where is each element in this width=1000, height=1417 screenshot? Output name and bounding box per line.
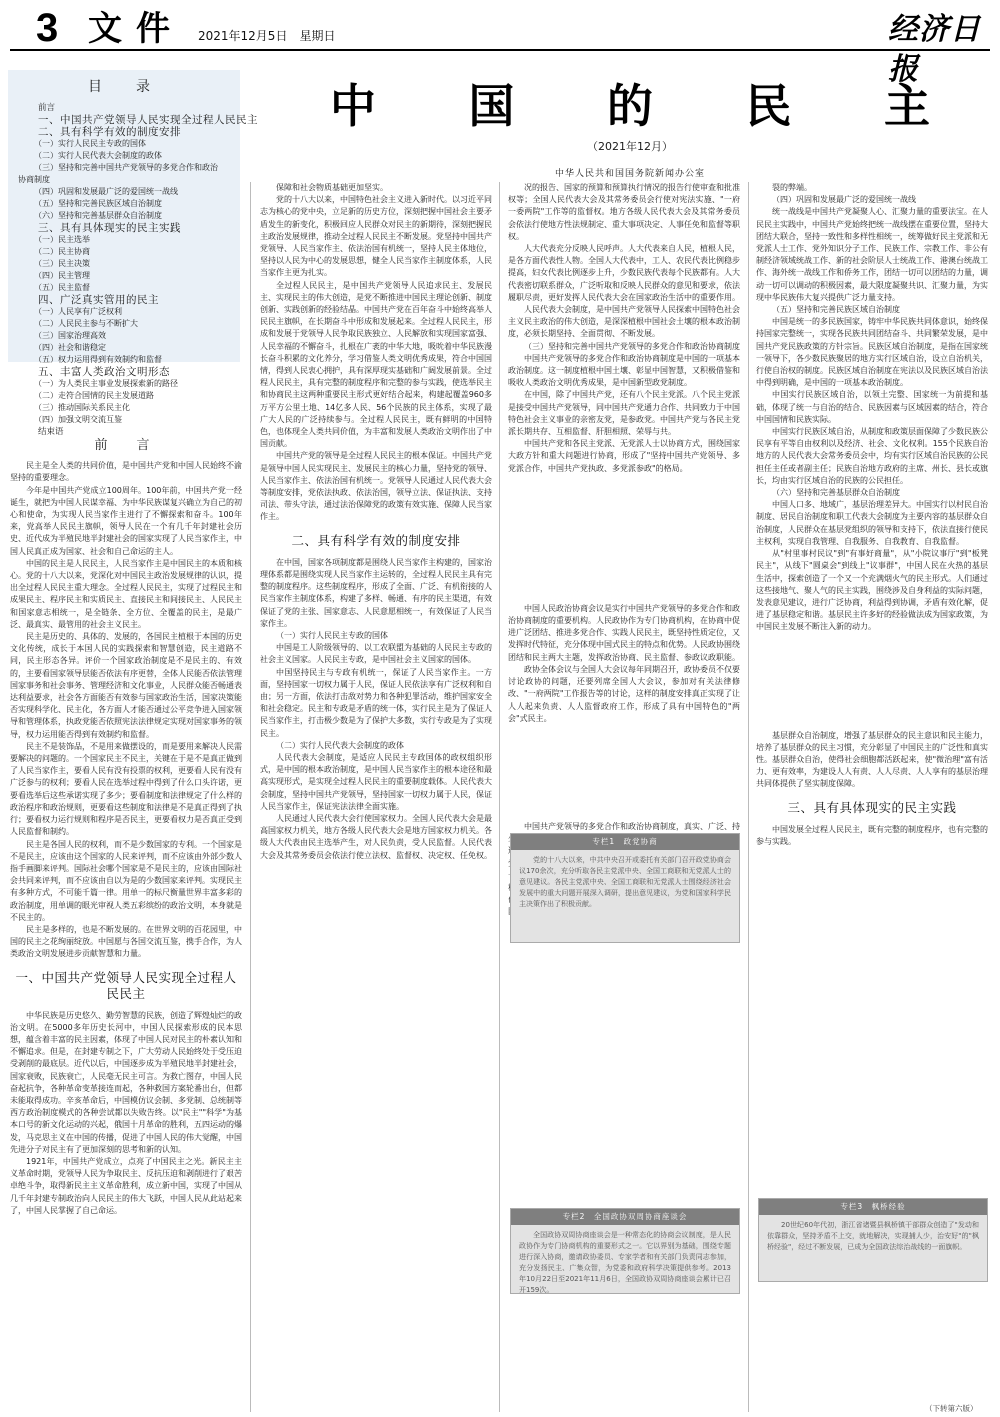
sidebar-box-biweekly-forum: 专栏2 全国政协双周协商座谈会 全国政协双周协商座谈会是一种常态化的协商会议制度…	[510, 1208, 740, 1294]
column-2-body-top: 保障和社会物质基础更加坚实。党的十八大以来，中国特色社会主义进入新时代。以习近平…	[260, 182, 492, 524]
toc-item: 协商制度	[8, 174, 240, 186]
subsection-4-body: 统一战线是中国共产党凝聚人心、汇聚力量的重要法宝。在人民民主实践中，中国共产党始…	[756, 206, 988, 304]
column-1: 前 言 民主是全人类的共同价值，是中国共产党和中国人民始终不渝坚持的重要理念。今…	[10, 432, 242, 1417]
subsection-heading: （四）巩固和发展最广泛的爱国统一战线	[756, 194, 988, 206]
paragraph: 人民代表大会制度，是适应人民民主专政国体的政权组织形式，是中国的根本政治制度，是…	[260, 752, 492, 813]
paragraph: 全过程人民民主，是中国共产党领导人民追求民主、发展民主、实现民主的伟大创造，是党…	[260, 280, 492, 451]
paragraph: 中国是统一的多民族国家，铸牢中华民族共同体意识，始终保持国家完整统一，实现各民族…	[756, 316, 988, 389]
subsection-heading: （六）坚持和完善基层群众自治制度	[756, 487, 988, 499]
sidebar-box-title: 专栏1 政党协商	[511, 834, 739, 850]
paragraph: 在中国，国家各项制度都是围绕人民当家作主构建的，国家治理体系都是围绕实现人民当家…	[260, 557, 492, 630]
subsection-1-body: 中国是工人阶级领导的、以工农联盟为基础的人民民主专政的社会主义国家。人民民主专政…	[260, 642, 492, 740]
paragraph: 中国人民政治协商会议是实行中国共产党领导的多党合作和政治协商制度的重要机构。人民…	[508, 603, 740, 664]
paragraph: 统一战线是中国共产党凝聚人心、汇聚力量的重要法宝。在人民民主实践中，中国共产党始…	[756, 206, 988, 304]
paragraph: 保障和社会物质基础更加坚实。	[260, 182, 492, 194]
sidebar-box-text: 20世纪60年代初，浙江省诸暨县枫桥镇干部群众创造了"发动和依靠群众，坚持矛盾不…	[759, 1215, 987, 1257]
title-char: 国	[469, 80, 515, 132]
column-4-body-top: 裂的弊端。	[756, 182, 988, 194]
article-date-line: （2021年12月）	[260, 138, 1000, 154]
sidebar-spacer	[508, 725, 740, 821]
paragraph: 从"村里事村民议"到"有事好商量"，从"小院议事厅"到"板凳民主"，从线下"圆桌…	[756, 548, 988, 633]
subsection-6-body: 中国人口多、地域广，基层治理差异大。中国实行以村民自治制度、居民自治制度和职工代…	[756, 499, 988, 633]
subsection-heading: （五）坚持和完善民族区域自治制度	[756, 304, 988, 316]
toc-item: 四、广泛真实管用的民主	[8, 294, 240, 306]
paragraph: 中国的民主是人民民主，人民当家作主是中国民主的本质和核心。党的十八大以来，党深化…	[10, 558, 242, 631]
paragraph: 人民代表大会制度，是中国共产党领导人民探索中国特色社会主义民主政治的伟大创造，是…	[508, 304, 740, 341]
sidebar-box-party-consultation: 专栏1 政党协商 党的十八大以来，中共中央召开或委托有关部门召开政党协商会议17…	[510, 833, 740, 943]
toc-item: 二、具有科学有效的制度安排	[8, 126, 240, 138]
column-3-body-top: 况的报告、国家的预算和预算执行情况的报告行使审查和批准权等；全国人民代表大会及其…	[508, 182, 740, 341]
toc-item: （一）为人类民主事业发展探索新的路径	[8, 378, 240, 390]
toc-item: （五）民主监督	[8, 282, 240, 294]
title-char: 民	[746, 80, 792, 132]
toc-item: （四）加强文明交流互鉴	[8, 414, 240, 426]
toc-item: （四）巩固和发展最广泛的爱国统一战线	[8, 186, 240, 198]
toc-item: （二）实行人民代表大会制度的政体	[8, 150, 240, 162]
section-1-body: 中华民族是历史悠久、勤劳智慧的民族，创造了辉煌灿烂的政治文明。在5000多年历史…	[10, 1010, 242, 1217]
toc-title: 目 录	[8, 76, 240, 96]
column-divider	[250, 182, 251, 1412]
masthead-divider	[10, 49, 990, 51]
toc-item: （三）国家治理高效	[8, 330, 240, 342]
masthead: 3 文件 2021年12月5日 星期日 经济日报	[0, 0, 1000, 50]
section-3-body: 中国发展全过程人民民主，既有完整的制度程序，也有完整的参与实践。	[756, 824, 988, 848]
toc-item: （三）民主决策	[8, 258, 240, 270]
paragraph: 人大代表充分反映人民呼声。人大代表来自人民，植根人民，是各方面代表性人物。全国人…	[508, 243, 740, 304]
section-2-body: 在中国，国家各项制度都是围绕人民当家作主构建的，国家治理体系都是围绕实现人民当家…	[260, 557, 492, 630]
toc-item: （一）人民享有广泛权利	[8, 306, 240, 318]
section-2-heading: 二、具有科学有效的制度安排	[260, 533, 492, 549]
title-char: 的	[607, 80, 653, 132]
article-title: 中 国 的 民 主	[330, 80, 930, 132]
paragraph: 况的报告、国家的预算和预算执行情况的报告行使审查和批准权等；全国人民代表大会及其…	[508, 182, 740, 243]
paragraph: 人民通过人民代表大会行使国家权力。全国人民代表大会是最高国家权力机关，地方各级人…	[260, 813, 492, 862]
subsection-2-body: 人民代表大会制度，是适应人民民主专政国体的政权组织形式，是中国的根本政治制度，是…	[260, 752, 492, 862]
paragraph: 中国坚持民主与专政有机统一，保证了人民当家作主。一方面，坚持国家一切权力属于人民…	[260, 667, 492, 740]
toc-item: （四）民主管理	[8, 270, 240, 282]
paragraph: 中国共产党的领导是全过程人民民主的根本保证。中国共产党是领导中国人民实现民主、发…	[260, 450, 492, 523]
column-2: 保障和社会物质基础更加坚实。党的十八大以来，中国特色社会主义进入新时代。以习近平…	[260, 182, 492, 1417]
paragraph: 民主是各国人民的权利，而不是少数国家的专利。一个国家是不是民主，应该由这个国家的…	[10, 839, 242, 924]
toc-item: （一）实行人民民主专政的国体	[8, 138, 240, 150]
toc-item: （二）走符合国情的民主发展道路	[8, 390, 240, 402]
paragraph: 民主是多样的，也是不断发展的。在世界文明的百花园里，中国的民主之花绚丽绽放。中国…	[10, 924, 242, 961]
publication-date: 2021年12月5日 星期日	[198, 27, 335, 44]
sidebar-box-text: 党的十八大以来，中共中央召开或委托有关部门召开政党协商会议170余次，充分听取各…	[511, 850, 739, 914]
paragraph: 政协全体会议与全国人大会议每年同期召开，政协委员不仅要讨论政协的问题，还要列席全…	[508, 664, 740, 725]
toc-item: （二）人民民主参与不断扩大	[8, 318, 240, 330]
paragraph: 中国人口多、地域广，基层治理差异大。中国实行以村民自治制度、居民自治制度和职工代…	[756, 499, 988, 548]
column-3-body-mid: 中国人民政治协商会议是实行中国共产党领导的多党合作和政治协商制度的重要机构。人民…	[508, 603, 740, 725]
paragraph: 中国发展全过程人民民主，既有完整的制度程序，也有完整的参与实践。	[756, 824, 988, 848]
column-4-body-bottom: 基层群众自治制度，增强了基层群众的民主意识和民主能力，培养了基层群众的民主习惯，…	[756, 730, 988, 791]
preface-body: 民主是全人类的共同价值，是中国共产党和中国人民始终不渝坚持的重要理念。今年是中国…	[10, 460, 242, 960]
paragraph: 党的十八大以来，中国特色社会主义进入新时代。以习近平同志为核心的党中央，立足新的…	[260, 194, 492, 279]
toc-item: 前言	[8, 102, 240, 114]
toc-item: （六）坚持和完善基层群众自治制度	[8, 210, 240, 222]
paragraph: 中国共产党领导的多党合作和政治协商制度是中国的一项基本政治制度。这一制度植根中国…	[508, 353, 740, 390]
title-char: 主	[884, 80, 930, 132]
toc-item: （二）民主协商	[8, 246, 240, 258]
toc-item: （五）权力运用得到有效制约和监督	[8, 354, 240, 366]
paragraph: 基层群众自治制度，增强了基层群众的民主意识和民主能力，培养了基层群众的民主习惯，…	[756, 730, 988, 791]
paragraph: 中华民族是历史悠久、勤劳智慧的民族，创造了辉煌灿烂的政治文明。在5000多年历史…	[10, 1010, 242, 1156]
page-number: 3	[36, 8, 58, 48]
sidebar-spacer	[756, 634, 988, 730]
section-name: 文件	[88, 10, 184, 48]
paragraph: 民主是历史的、具体的、发展的，各国民主植根于本国的历史文化传统，成长于本国人民的…	[10, 631, 242, 741]
subsection-heading: （三）坚持和完善中国共产党领导的多党合作和政治协商制度	[508, 341, 740, 353]
column-divider	[748, 182, 749, 1412]
section-3-heading: 三、具有具体现实的民主实践	[756, 800, 988, 816]
toc-item: （三）推动国际关系民主化	[8, 402, 240, 414]
paragraph: 中国共产党和各民主党派、无党派人士以协商方式，围绕国家大政方针和重大问题进行协商…	[508, 438, 740, 475]
section-1-heading: 一、中国共产党领导人民实现全过程人民民主	[10, 970, 242, 1002]
toc-item: （四）社会和谐稳定	[8, 342, 240, 354]
subsection-3-body: 中国共产党领导的多党合作和政治协商制度是中国的一项基本政治制度。这一制度植根中国…	[508, 353, 740, 475]
paragraph: 民主是全人类的共同价值，是中国共产党和中国人民始终不渝坚持的重要理念。	[10, 460, 242, 484]
subsection-heading: （二）实行人民代表大会制度的政体	[260, 740, 492, 752]
sidebar-box-text: 全国政协双周协商座谈会是一种常态化的协商会议制度，是人民政协作为专门协商机构的重…	[511, 1225, 739, 1300]
paragraph: 中国实行民族区域自治，从制度和政策层面保障了少数民族公民享有平等自由权利以及经济…	[756, 426, 988, 487]
paragraph: 在中国，除了中国共产党，还有八个民主党派。八个民主党派是接受中国共产党领导，同中…	[508, 389, 740, 438]
paragraph: 民主不是装饰品，不是用来做摆设的，而是要用来解决人民需要解决的问题的。一个国家民…	[10, 741, 242, 839]
sidebar-box-title: 专栏2 全国政协双周协商座谈会	[511, 1209, 739, 1225]
paragraph: 1921年，中国共产党成立，点亮了中国民主之光。新民主主义革命时期，党领导人民为…	[10, 1156, 242, 1217]
table-of-contents: 目 录 前言一、中国共产党领导人民实现全过程人民民主二、具有科学有效的制度安排（…	[8, 70, 240, 362]
sidebar-box-fengqiao-experience: 专栏3 枫桥经验 20世纪60年代初，浙江省诸暨县枫桥镇干部群众创造了"发动和依…	[758, 1198, 988, 1282]
sidebar-spacer	[508, 475, 740, 603]
column-divider	[499, 182, 500, 1412]
paragraph: 中国实行民族区域自治，以领土完整、国家统一为前提和基础，体现了统一与自治的结合、…	[756, 389, 988, 426]
toc-item: （五）坚持和完善民族区域自治制度	[8, 198, 240, 210]
toc-item: 三、具有具体现实的民主实践	[8, 222, 240, 234]
paragraph: 今年是中国共产党成立100周年。100年前，中国共产党一经诞生，就把为中国人民谋…	[10, 485, 242, 558]
toc-item: 五、丰富人类政治文明形态	[8, 366, 240, 378]
continued-on-note: （下转第六版）	[925, 1403, 978, 1414]
toc-list: 前言一、中国共产党领导人民实现全过程人民民主二、具有科学有效的制度安排（一）实行…	[8, 102, 240, 438]
toc-item: （一）民主选举	[8, 234, 240, 246]
sidebar-box-title: 专栏3 枫桥经验	[759, 1199, 987, 1215]
toc-item: （三）坚持和完善中国共产党领导的多党合作和政治	[8, 162, 240, 174]
subsection-heading: （一）实行人民民主专政的国体	[260, 630, 492, 642]
subsection-5-body: 中国是统一的多民族国家，铸牢中华民族共同体意识，始终保持国家完整统一，实现各民族…	[756, 316, 988, 487]
paragraph: 裂的弊端。	[756, 182, 988, 194]
preface-heading: 前 言	[10, 440, 242, 452]
paragraph: 中国是工人阶级领导的、以工农联盟为基础的人民民主专政的社会主义国家。人民民主专政…	[260, 642, 492, 666]
toc-item: 一、中国共产党领导人民实现全过程人民民主	[8, 114, 240, 126]
title-char: 中	[330, 80, 376, 132]
article-issuer: 中华人民共和国国务院新闻办公室	[260, 166, 1000, 179]
